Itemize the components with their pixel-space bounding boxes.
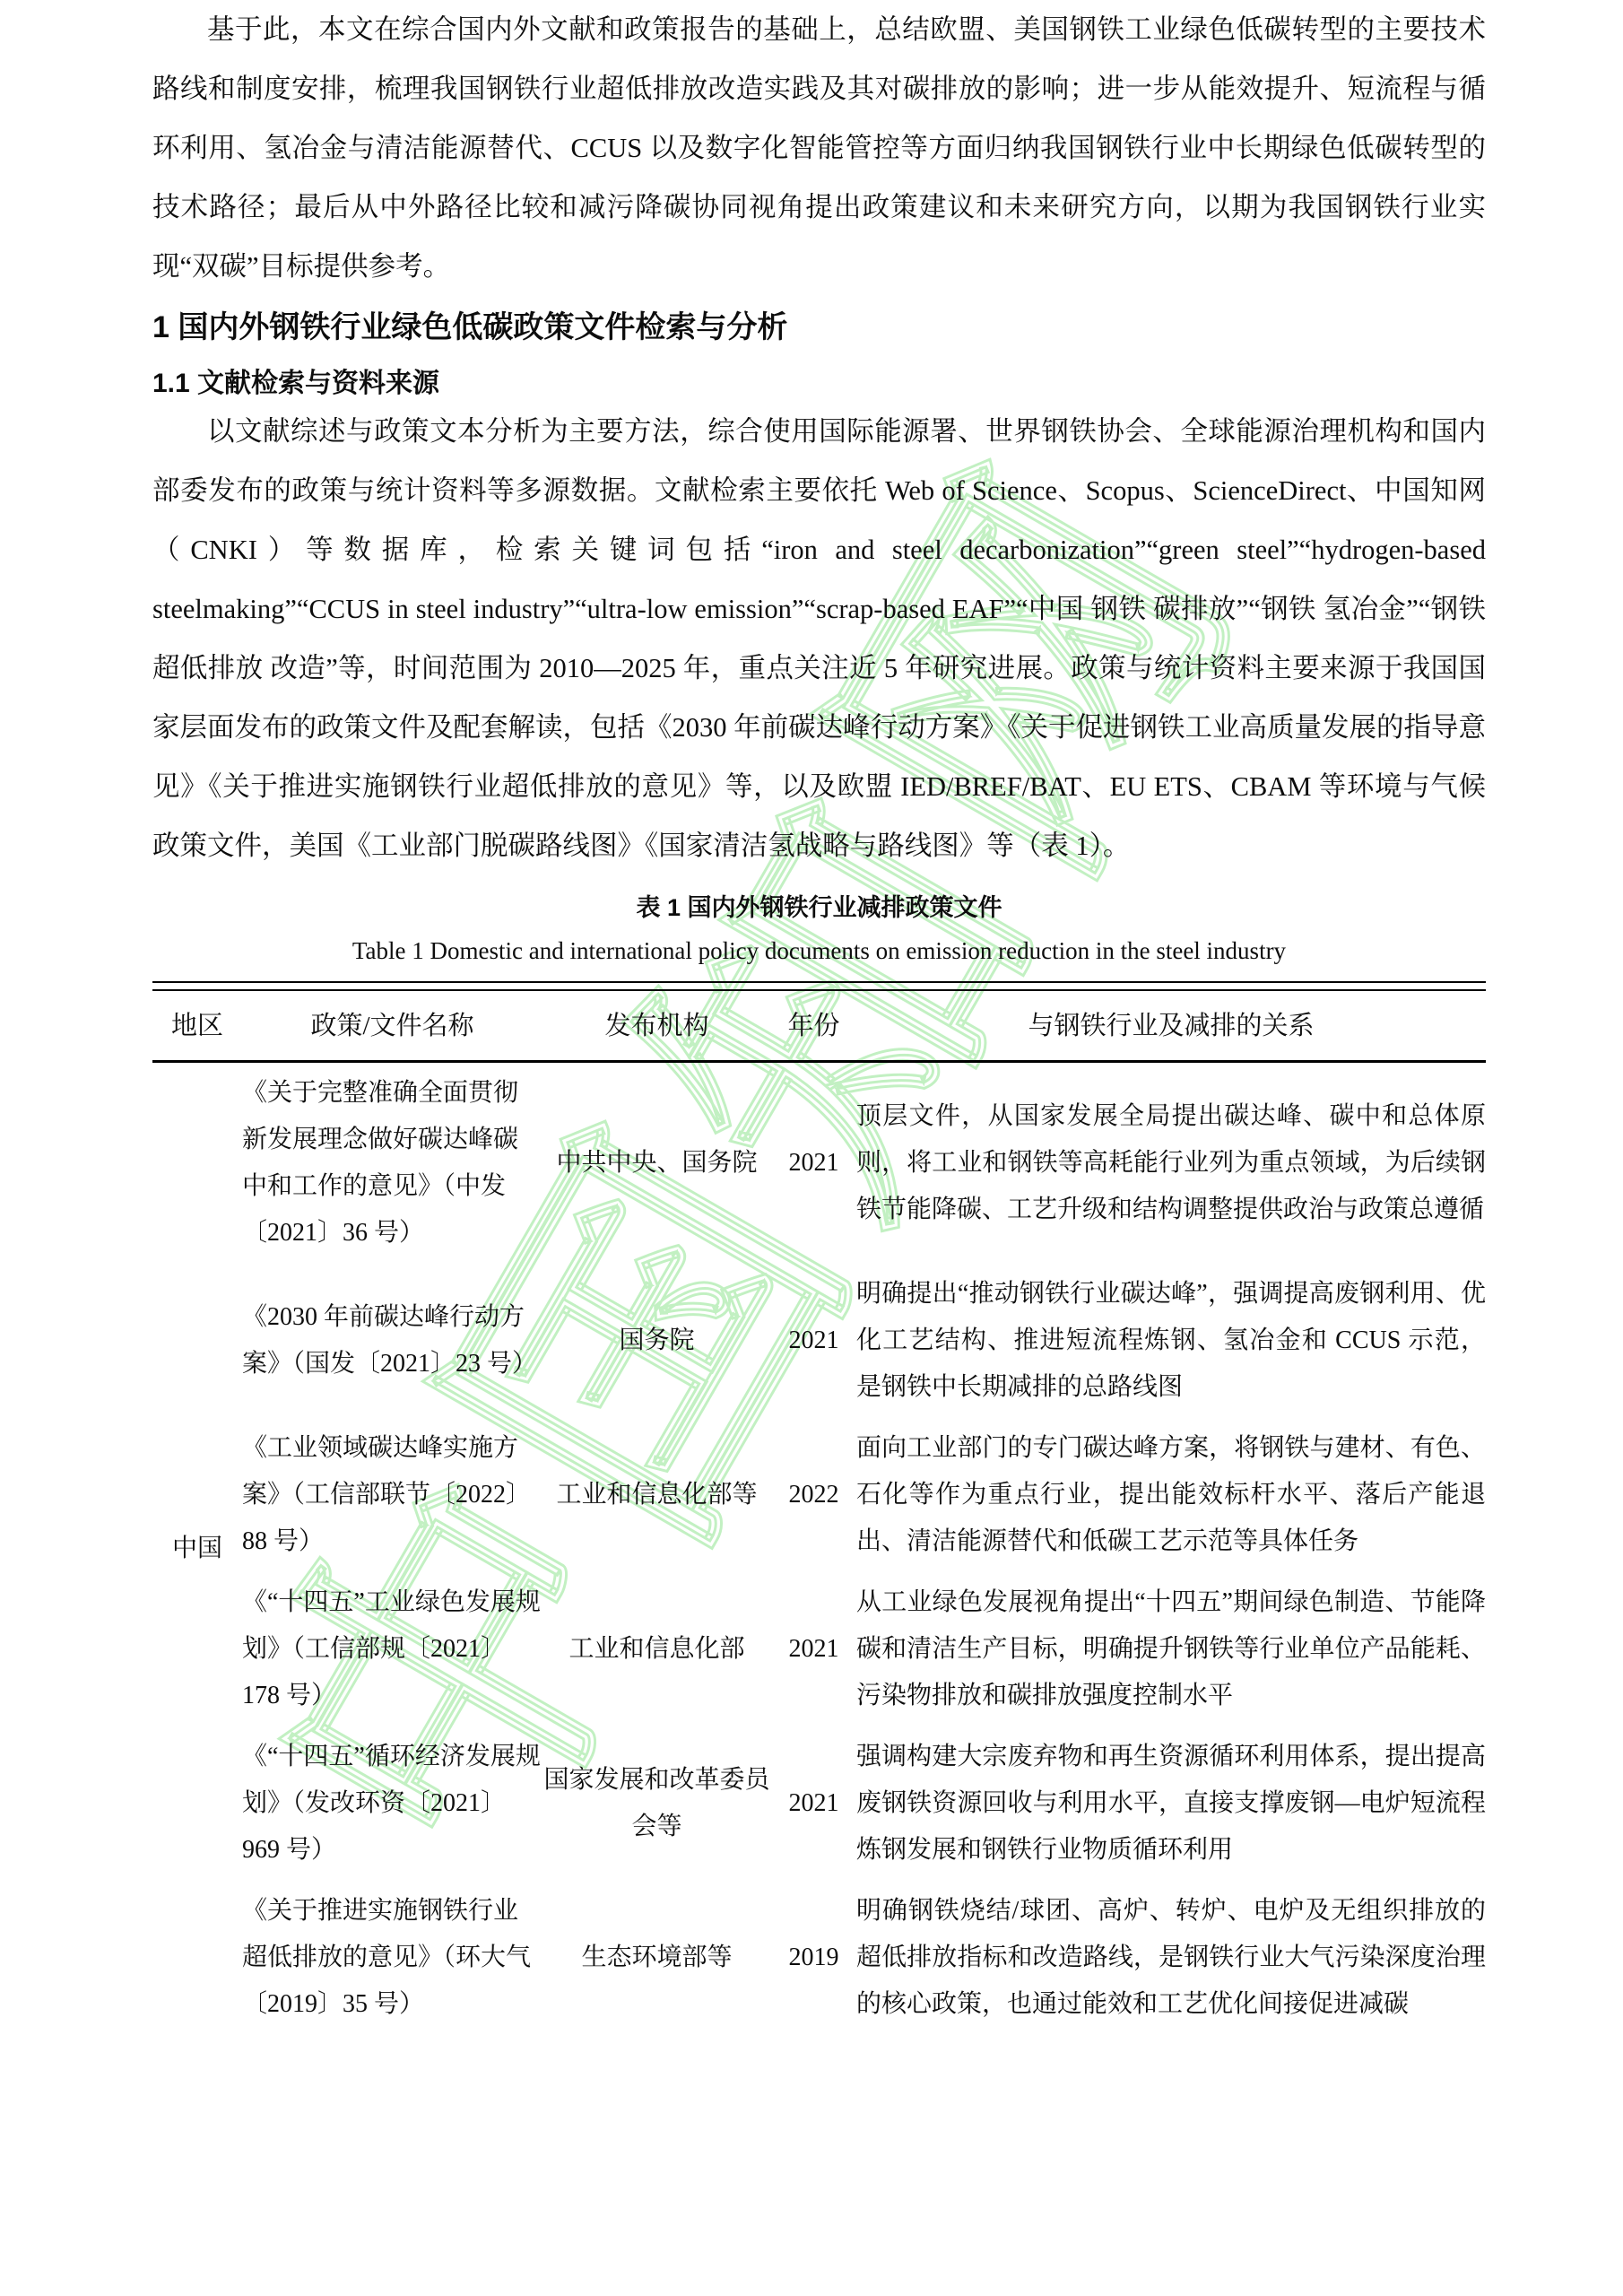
relation-cell: 面向工业部门的专门碳达峰方案，将钢铁与建材、有色、石化等作为重点行业，提出能效标…	[856, 1418, 1486, 1572]
table-row: 中国 《关于完整准确全面贯彻新发展理念做好碳达峰碳中和工作的意见》（中发〔202…	[152, 1062, 1486, 1265]
methods-paragraph: 以文献综述与政策文本分析为主要方法，综合使用国际能源署、世界钢铁协会、全球能源治…	[152, 402, 1486, 875]
table-row: 《“十四五”循环经济发展规划》（发改环资〔2021〕969 号） 国家发展和改革…	[152, 1726, 1486, 1881]
policy-table: 地区 政策/文件名称 发布机构 年份 与钢铁行业及减排的关系 中国 《关于完整准…	[152, 991, 1486, 2035]
document-page: 中国知网 基于此，本文在综合国内外文献和政策报告的基础上，总结欧盟、美国钢铁工业…	[0, 0, 1623, 2296]
table-caption-zh: 表 1 国内外钢铁行业减排政策文件	[152, 890, 1486, 926]
col-header-policy: 政策/文件名称	[242, 991, 542, 1062]
policy-cell: 《“十四五”循环经济发展规划》（发改环资〔2021〕969 号）	[242, 1726, 542, 1881]
region-cell: 中国	[152, 1062, 242, 2036]
table-header-row: 地区 政策/文件名称 发布机构 年份 与钢铁行业及减排的关系	[152, 991, 1486, 1062]
table-row: 《“十四五”工业绿色发展规划》（工信部规〔2021〕178 号） 工业和信息化部…	[152, 1572, 1486, 1726]
agency-cell: 工业和信息化部等	[542, 1418, 771, 1572]
year-cell: 2021	[771, 1572, 856, 1726]
col-header-year: 年份	[771, 991, 856, 1062]
table-row: 《关于推进实施钢铁行业超低排放的意见》（环大气〔2019〕35 号） 生态环境部…	[152, 1881, 1486, 2035]
subsection-heading: 1.1 文献检索与资料来源	[152, 366, 1486, 402]
table-top-border	[152, 981, 1486, 991]
agency-cell: 中共中央、国务院	[542, 1062, 771, 1265]
policy-cell: 《“十四五”工业绿色发展规划》（工信部规〔2021〕178 号）	[242, 1572, 542, 1726]
agency-cell: 工业和信息化部	[542, 1572, 771, 1726]
table-caption-en: Table 1 Domestic and international polic…	[152, 933, 1486, 969]
col-header-agency: 发布机构	[542, 991, 771, 1062]
relation-cell: 强调构建大宗废弃物和再生资源循环利用体系，提出提高废钢铁资源回收与利用水平，直接…	[856, 1726, 1486, 1881]
agency-cell: 国家发展和改革委员会等	[542, 1726, 771, 1881]
agency-cell: 国务院	[542, 1264, 771, 1418]
table-row: 《工业领域碳达峰实施方案》（工信部联节〔2022〕88 号） 工业和信息化部等 …	[152, 1418, 1486, 1572]
section-heading: 1 国内外钢铁行业绿色低碳政策文件检索与分析	[152, 307, 1486, 348]
col-header-region: 地区	[152, 991, 242, 1062]
policy-cell: 《关于完整准确全面贯彻新发展理念做好碳达峰碳中和工作的意见》（中发〔2021〕3…	[242, 1062, 542, 1265]
relation-cell: 明确提出“推动钢铁行业碳达峰”，强调提高废钢利用、优化工艺结构、推进短流程炼钢、…	[856, 1264, 1486, 1418]
agency-cell: 生态环境部等	[542, 1881, 771, 2035]
col-header-relation: 与钢铁行业及减排的关系	[856, 991, 1486, 1062]
year-cell: 2022	[771, 1418, 856, 1572]
intro-paragraph: 基于此，本文在综合国内外文献和政策报告的基础上，总结欧盟、美国钢铁工业绿色低碳转…	[152, 0, 1486, 296]
year-cell: 2021	[771, 1062, 856, 1265]
policy-cell: 《工业领域碳达峰实施方案》（工信部联节〔2022〕88 号）	[242, 1418, 542, 1572]
year-cell: 2021	[771, 1264, 856, 1418]
policy-cell: 《关于推进实施钢铁行业超低排放的意见》（环大气〔2019〕35 号）	[242, 1881, 542, 2035]
relation-cell: 从工业绿色发展视角提出“十四五”期间绿色制造、节能降碳和清洁生产目标，明确提升钢…	[856, 1572, 1486, 1726]
relation-cell: 顶层文件，从国家发展全局提出碳达峰、碳中和总体原则，将工业和钢铁等高耗能行业列为…	[856, 1062, 1486, 1265]
table-row: 《2030 年前碳达峰行动方案》（国发〔2021〕23 号） 国务院 2021 …	[152, 1264, 1486, 1418]
relation-cell: 明确钢铁烧结/球团、高炉、转炉、电炉及无组织排放的超低排放指标和改造路线，是钢铁…	[856, 1881, 1486, 2035]
policy-cell: 《2030 年前碳达峰行动方案》（国发〔2021〕23 号）	[242, 1264, 542, 1418]
year-cell: 2019	[771, 1881, 856, 2035]
page-content: 基于此，本文在综合国内外文献和政策报告的基础上，总结欧盟、美国钢铁工业绿色低碳转…	[152, 0, 1486, 2035]
year-cell: 2021	[771, 1726, 856, 1881]
